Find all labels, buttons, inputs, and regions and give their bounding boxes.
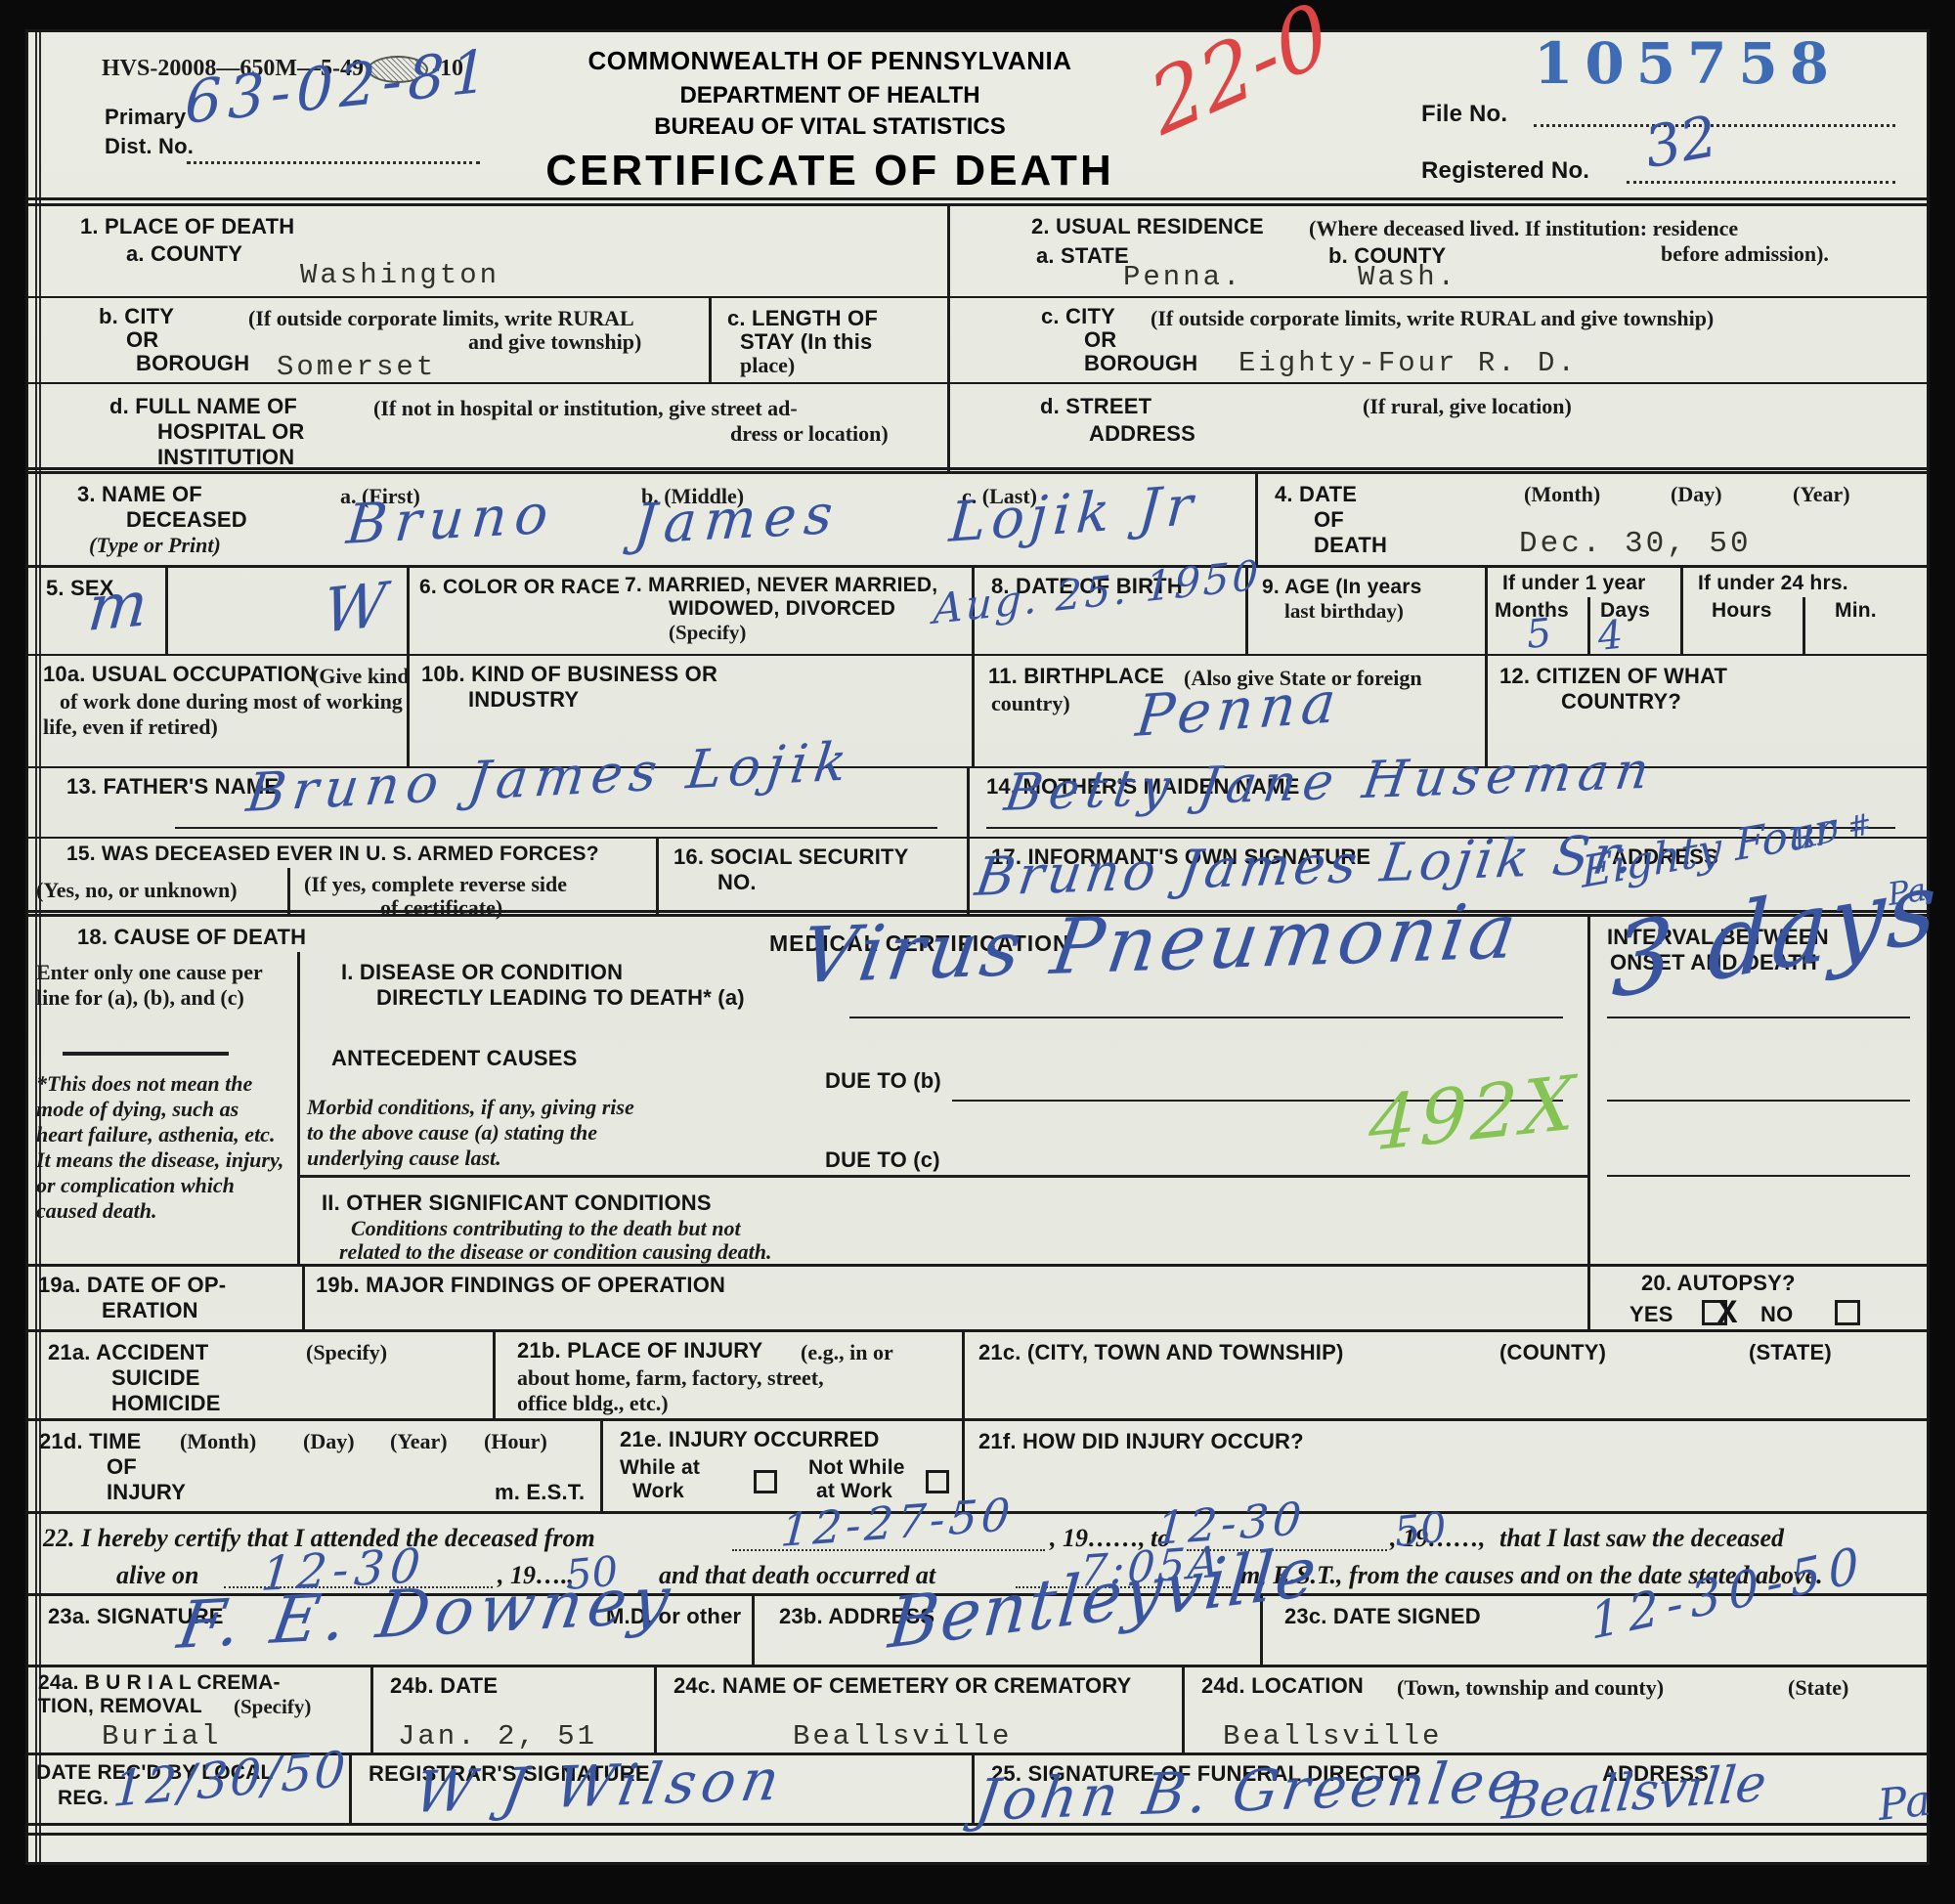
field-21e-while1: While at [620,1456,700,1480]
field-11-value: Penna [1133,669,1345,750]
field-4-year-label: (Year) [1793,482,1850,507]
field-1a-county-value: Washington [300,259,500,291]
red-annotation: 22-0 [1140,0,1339,155]
field-9-under24-label: If under 24 hrs. [1698,572,1848,595]
field-2d-note: (If rural, give location) [1363,394,1572,419]
department-title: DEPARTMENT OF HEALTH [488,82,1172,109]
field-18-due-b-label: DUE TO (b) [825,1068,941,1094]
divider [165,568,168,654]
section-i-ii-separator [297,1175,1587,1178]
divider [493,1332,496,1418]
field-3b-middle-value: James [631,483,843,557]
field-18-morbid1: Morbid conditions, if any, giving rise [307,1095,634,1120]
primary-dist-label-line2: Dist. No. [105,134,194,159]
interval-line-a [1607,1017,1910,1018]
file-number-stamp: 105758 [1534,30,1841,97]
field-1d-note2: dress or location) [730,421,889,447]
divider-months-days [1587,597,1590,654]
field-4-month-label: (Month) [1524,482,1600,507]
divider [1485,568,1488,654]
field-21f-label: 21f. HOW DID INJURY OCCUR? [978,1429,1304,1454]
field-5-value: m [85,568,151,646]
field-18-other-note2: related to the disease or condition caus… [339,1239,771,1265]
field-21d-day: (Day) [303,1429,355,1454]
row-city-borough: b. CITY OR BOROUGH (If outside corporate… [28,298,1927,384]
divider [654,1667,657,1753]
row-place-residence: 1. PLACE OF DEATH a. COUNTY Washington 2… [28,206,1927,298]
divider [967,768,970,837]
field-18-footnote: *This does not mean the mode of dying, s… [36,1071,286,1224]
row-burial: 24a. B U R I A L CREMA- TION, REMOVAL (S… [28,1667,1927,1755]
bureau-title: BUREAU OF VITAL STATISTICS [488,113,1172,141]
field-1c-stay-label1: c. LENGTH OF [727,306,878,331]
field-9-min-label: Min. [1835,599,1877,623]
field-12-label1: 12. CITIZEN OF WHAT [1499,664,1727,689]
header-section: HVS-20008—650M—5-49-10 Primary Dist. No.… [28,32,1927,206]
field-2d-label1: d. STREET [1040,394,1151,419]
field-10b-label2: INDUSTRY [468,687,579,713]
field-21b-note2: about home, farm, factory, street, [517,1365,824,1391]
certify-to-year: 50 [1392,1503,1449,1556]
divider [962,1332,965,1418]
field-20-no-label: NO [1760,1302,1793,1327]
field-24d-value: Beallsville [1223,1720,1442,1753]
field-15-label: 15. WAS DECEASED EVER IN U. S. ARMED FOR… [66,843,599,866]
field-4-day-label: (Day) [1671,482,1722,507]
row-sex-race-birth-age: 5. SEX m 6. COLOR OR RACE W 7. MARRIED, … [28,568,1927,656]
field-21c-state: (STATE) [1749,1340,1832,1365]
field-16-label2: NO. [717,870,757,895]
field-1a-county-label: a. COUNTY [126,241,242,267]
field-2a-state-value: Penna. [1123,261,1242,293]
field-1b-note1: (If outside corporate limits, write RURA… [248,306,634,331]
registered-no-label: Registered No. [1421,157,1589,185]
field-24b-label: 24b. DATE [390,1673,498,1699]
field-3-title2: DECEASED [126,507,247,533]
field-4-title1: 4. DATE [1275,482,1357,507]
field-21d-label1: 21d. TIME [39,1429,142,1454]
field-21e-while2: Work [632,1480,684,1503]
field-1c-stay-label2: STAY (In this [740,329,872,355]
field-21d-label2: OF [107,1454,137,1480]
document-title: CERTIFICATE OF DEATH [488,147,1172,195]
field-1-title: 1. PLACE OF DEATH [80,214,294,239]
field-2c-city-label: c. CITY [1041,304,1115,329]
field-3a-first-value: Bruno [344,482,558,557]
field-18-instruction: Enter only one cause per line for (a), (… [36,960,288,1011]
field-1c-stay-label3: place) [740,353,795,378]
primary-dist-label-line1: Primary [105,105,186,130]
field-1b-borough: BOROUGH [136,351,249,376]
field-18-disease-label2: DIRECTLY LEADING TO DEATH* (a) [376,985,745,1011]
field-2c-city-value: Eighty-Four R. D. [1238,347,1578,379]
divider [1587,1267,1590,1329]
field-7-label2: WIDOWED, DIVORCED [669,597,895,621]
field-2c-note: (If outside corporate limits, write RURA… [1151,306,1714,331]
certify-text-5: that I last saw the deceased [1499,1524,1784,1553]
field-1b-city-value: Somerset [277,351,436,383]
field-9-days-value: 4 [1595,613,1625,660]
field-18-code-value: 492X [1368,1059,1580,1168]
field-18-antecedent-label: ANTECEDENT CAUSES [331,1046,578,1071]
field-7-label1: 7. MARRIED, NEVER MARRIED, [625,574,937,597]
row-accident-place: 21a. ACCIDENT SUICIDE HOMICIDE (Specify)… [28,1332,1927,1421]
commonwealth-title: COMMONWEALTH OF PENNSYLVANIA [488,46,1172,76]
field-24d-label: 24d. LOCATION [1201,1673,1364,1699]
divider-notes [297,952,300,1264]
field-21e-not1: Not While [808,1456,905,1480]
field-18-other-title: II. OTHER SIGNIFICANT CONDITIONS [322,1190,712,1216]
field-18-title: 18. CAUSE OF DEATH [77,925,306,950]
field-2d-label2: ADDRESS [1089,421,1195,447]
field-18-due-c-label: DUE TO (c) [825,1147,940,1173]
field-3-title1: 3. NAME OF [77,482,202,507]
field-9-label2: last birthday) [1284,599,1404,624]
field-6-value: W [322,568,389,647]
divider [947,384,950,471]
field-24a-label1: 24a. B U R I A L CREMA- [38,1671,281,1695]
field-21a-specify: (Specify) [306,1340,387,1365]
field-9-label1: 9. AGE (In years [1262,576,1422,599]
row-physician-signature: 23a. SIGNATURE M.D. or other F. E. Downe… [28,1596,1927,1667]
field-24c-label: 24c. NAME OF CEMETERY OR CREMATORY [673,1673,1131,1699]
field-21d-year: (Year) [390,1429,448,1454]
divider-inner [287,868,290,914]
field-21d-est: m. E.S.T. [495,1480,585,1505]
field-25-address-value: Beallsville [1499,1754,1769,1832]
field-4-title2: OF [1314,507,1344,533]
field-21b-label: 21b. PLACE OF INJURY [517,1338,762,1363]
field-1b-note2: and give township) [468,329,641,355]
field-1b-or: OR [126,327,158,353]
divider-interval [1587,917,1590,1264]
row-name-dod: 3. NAME OF DECEASED (Type or Print) a. (… [28,474,1927,568]
row-hospital-street: d. FULL NAME OF HOSPITAL OR INSTITUTION … [28,384,1927,474]
field-1d-label1: d. FULL NAME OF [109,394,297,419]
field-24a-value: Burial [102,1720,221,1753]
row-registrar: DATE REC'D BY LOCAL REG. 12/30/50 REGIST… [28,1755,1927,1826]
divider [407,568,410,654]
field-15-note2: (If yes, complete reverse side [304,872,567,897]
field-20-label: 20. AUTOPSY? [1641,1271,1796,1296]
field-21b-note1: (e.g., in or [801,1340,893,1365]
field-21a-label1: 21a. ACCIDENT [48,1340,208,1365]
field-21a-label2: SUICIDE [111,1365,200,1391]
divider [600,1421,603,1511]
field-18-disease-label1: I. DISEASE OR CONDITION [341,960,623,985]
field-10a-note1: (Give kind [312,664,410,689]
divider-hours-min [1803,597,1805,654]
field-3-title3: (Type or Print) [89,533,221,558]
field-4-title3: DEATH [1314,533,1387,558]
divider [302,1267,305,1329]
autopsy-no-checkbox [1835,1300,1860,1325]
field-21c-label: 21c. (CITY, TOWN AND TOWNSHIP) [978,1340,1344,1365]
row-parents: 13. FATHER'S NAME Bruno James Lojik 14. … [28,768,1927,839]
divider [370,1667,373,1753]
field-18-morbid3: underlying cause last. [307,1146,501,1171]
field-2a-state-label: a. STATE [1036,243,1129,269]
registered-no-value: 32 [1639,103,1721,181]
field-9-months-value: 5 [1524,611,1553,658]
divider [947,298,950,382]
field-2c-borough: BOROUGH [1084,351,1197,376]
field-21d-hour: (Hour) [484,1429,547,1454]
field-7-label3: (Specify) [669,621,746,645]
autopsy-yes-mark: X [1717,1296,1738,1333]
double-rule [28,467,1927,470]
field-18-short-rule [63,1052,229,1056]
field-recd-label2: REG. [58,1787,109,1810]
divider [972,656,975,766]
field-19a-label2: ERATION [102,1298,198,1323]
divider [1182,1667,1185,1753]
primary-dist-line [187,161,480,164]
field-24a-label2: TION, REMOVAL [38,1695,202,1718]
field-2c-or: OR [1084,327,1116,353]
field-21a-label3: HOMICIDE [111,1391,221,1416]
field-20-yes-label: YES [1629,1302,1673,1327]
field-4-value: Dec. 30, 50 [1519,527,1752,561]
field-1d-label2: HOSPITAL OR [157,419,305,445]
interval-line-b [1607,1100,1910,1102]
field-1b-city-label: b. CITY [99,304,174,329]
interval-line-c [1607,1175,1910,1177]
field-19a-label1: 19a. DATE OF OP- [38,1273,226,1298]
field-21b-note3: office bldg., etc.) [517,1391,669,1416]
field-10a-note2: of work done during most of working [60,689,403,714]
field-6-label: 6. COLOR OR RACE [419,576,620,599]
registered-no-line [1627,181,1895,184]
field-9-hours-label: Hours [1712,599,1772,623]
field-25-address-value2: Pa [1876,1776,1933,1831]
field-13-line [175,827,937,829]
field-21d-month: (Month) [180,1429,256,1454]
header-double-rule [28,197,1927,200]
divider [1680,568,1683,654]
field-21d-label3: INJURY [107,1480,186,1505]
cause-a-line [849,1017,1563,1018]
field-registrar-signature: W J Wilson [410,1746,790,1826]
field-12-label2: COUNTRY? [1561,689,1681,714]
field-19b-label: 19b. MAJOR FINDINGS OF OPERATION [316,1273,725,1298]
field-2-title: 2. USUAL RESIDENCE [1031,214,1264,239]
certify-text-6: alive on [116,1561,199,1590]
divider [656,839,659,914]
primary-dist-value: 63-02-81 [185,36,494,138]
field-10b-label1: 10b. KIND OF BUSINESS OR [421,662,717,687]
field-11-label: 11. BIRTHPLACE [988,664,1164,689]
field-24c-value: Beallsville [793,1720,1012,1753]
field-24d-state: (State) [1788,1675,1848,1701]
divider [947,206,950,296]
field-24b-value: Jan. 2, 51 [398,1720,597,1753]
field-11-note2: country) [991,691,1070,716]
field-24d-note: (Town, township and county) [1397,1675,1664,1701]
divider [752,1596,755,1665]
field-10a-note3: life, even if retired) [43,714,218,740]
field-2-note2: before admission). [1661,241,1829,267]
divider [709,298,712,382]
field-9-under1-label: If under 1 year [1502,572,1646,595]
death-certificate-document: HVS-20008—650M—5-49-10 Primary Dist. No.… [25,29,1930,1865]
field-15-note1: (Yes, no, or unknown) [36,878,238,903]
field-18-other-note1: Conditions contributing to the death but… [351,1216,741,1241]
field-1d-note1: (If not in hospital or institution, give… [373,396,798,421]
field-24a-specify: (Specify) [234,1695,311,1719]
field-16-label1: 16. SOCIAL SECURITY [673,844,909,870]
field-2b-county-value: Wash. [1358,261,1457,293]
file-no-label: File No. [1421,101,1507,128]
field-10a-label: 10a. USUAL OCCUPATION [43,662,316,687]
injury-not-while-at-work-checkbox [926,1470,949,1493]
field-18-morbid2: to the above cause (a) stating the [307,1120,597,1146]
field-21e-label: 21e. INJURY OCCURRED [620,1427,880,1452]
injury-while-at-work-checkbox [754,1470,777,1493]
row-cause-of-death: 18. CAUSE OF DEATH Enter only one cause … [28,917,1927,1267]
field-2-note1: (Where deceased lived. If institution: r… [1309,216,1738,241]
divider [967,839,970,914]
field-21c-county: (COUNTY) [1499,1340,1606,1365]
divider [349,1755,352,1823]
row-operation-autopsy: 19a. DATE OF OP- ERATION 19b. MAJOR FIND… [28,1267,1927,1332]
